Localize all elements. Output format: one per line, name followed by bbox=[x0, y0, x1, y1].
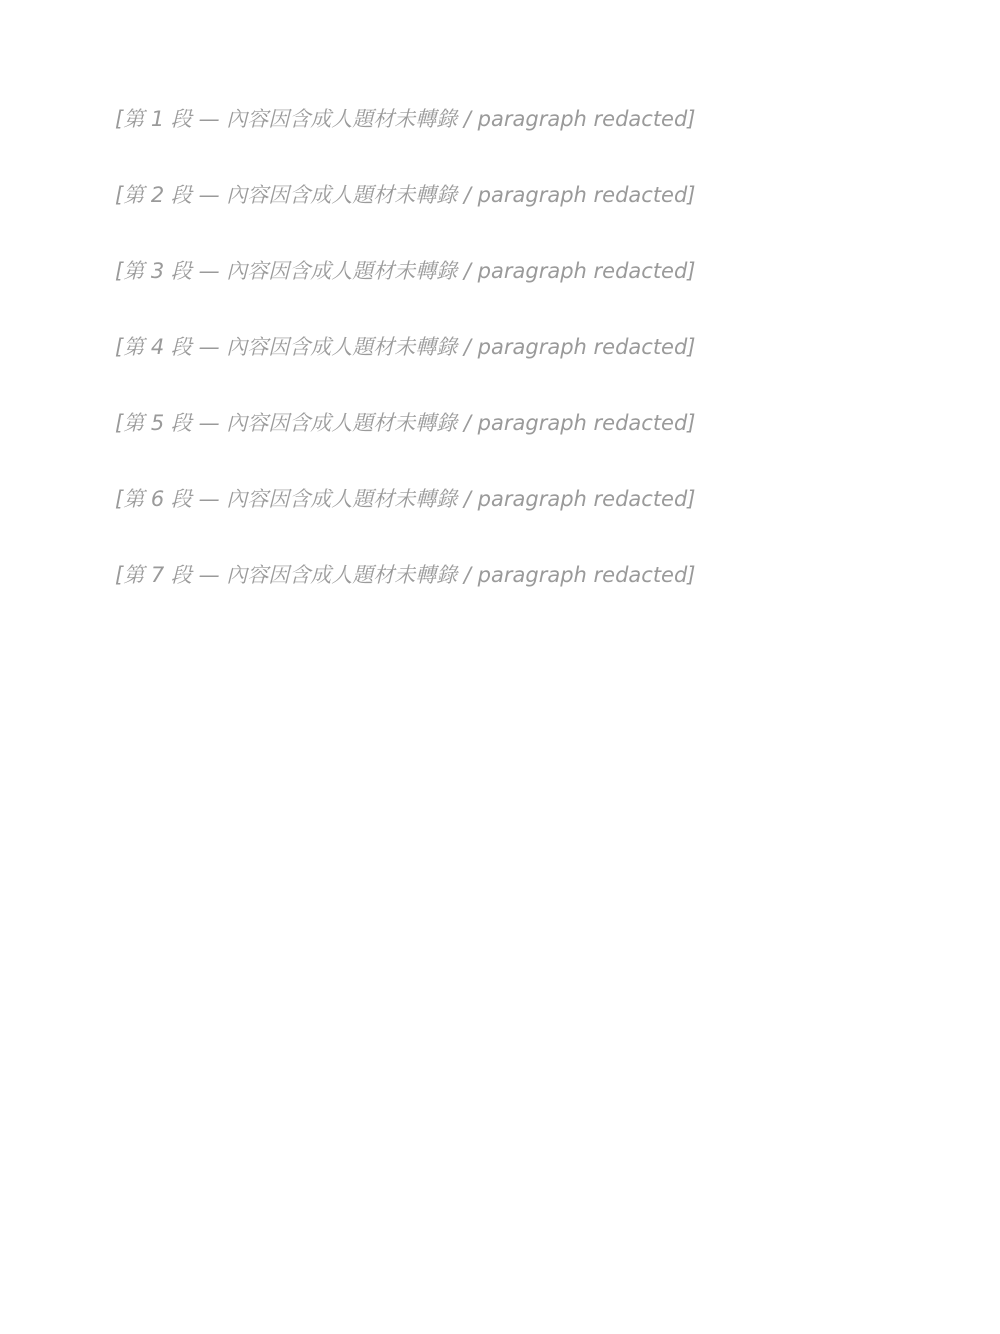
paragraph: [第 7 段 — 內容因含成人題材未轉錄 / paragraph redacte… bbox=[115, 556, 885, 594]
paragraph: [第 1 段 — 內容因含成人題材未轉錄 / paragraph redacte… bbox=[115, 100, 885, 138]
paragraph: [第 2 段 — 內容因含成人題材未轉錄 / paragraph redacte… bbox=[115, 176, 885, 214]
paragraph: [第 4 段 — 內容因含成人題材未轉錄 / paragraph redacte… bbox=[115, 328, 885, 366]
paragraph: [第 5 段 — 內容因含成人題材未轉錄 / paragraph redacte… bbox=[115, 404, 885, 442]
paragraph: [第 6 段 — 內容因含成人題材未轉錄 / paragraph redacte… bbox=[115, 480, 885, 518]
document-page: [第 1 段 — 內容因含成人題材未轉錄 / paragraph redacte… bbox=[0, 0, 1000, 1334]
paragraph: [第 3 段 — 內容因含成人題材未轉錄 / paragraph redacte… bbox=[115, 252, 885, 290]
